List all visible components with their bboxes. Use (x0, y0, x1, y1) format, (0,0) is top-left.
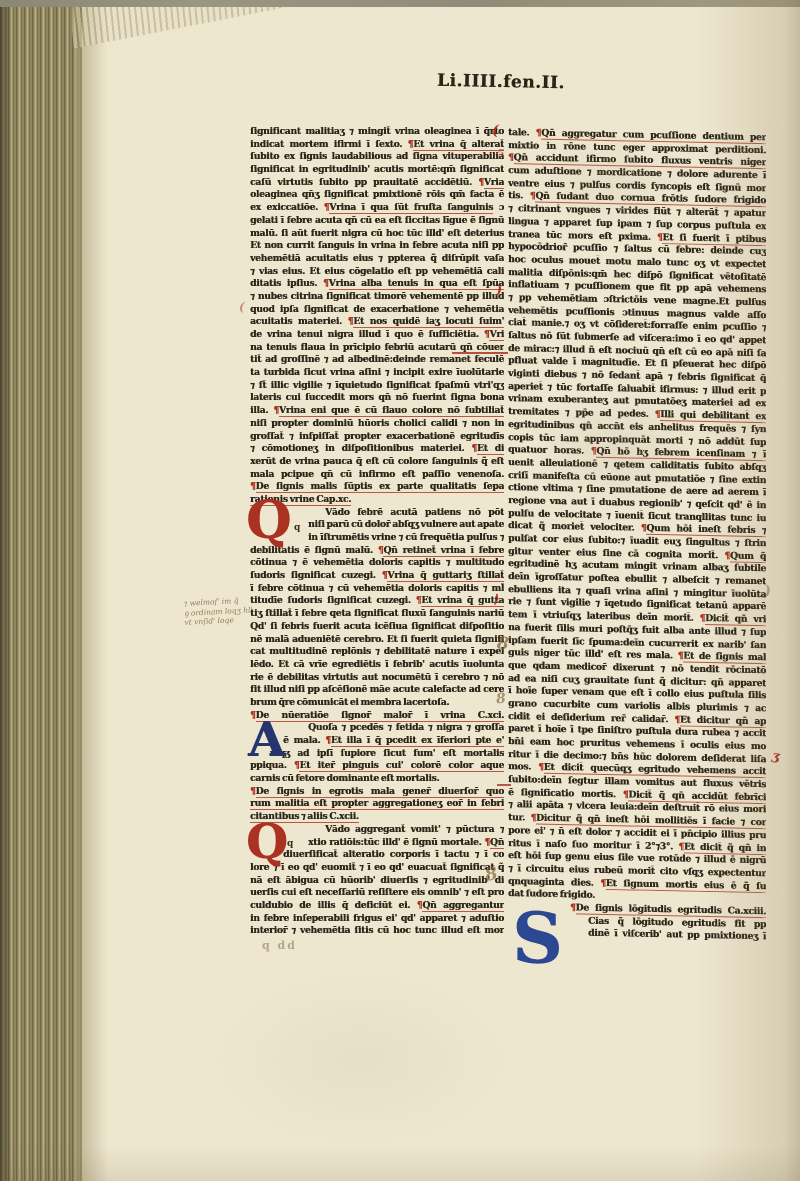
text-line: gelati ī febre acuta qn̄ cū ea eſt ſicci… (250, 215, 504, 228)
text-line: illa. ¶Vrina eni que ē cū flauo colore n… (250, 405, 504, 418)
illuminated-initial-s: S (512, 906, 563, 971)
text-line: quod ipſa ſignificat de exacerbatione ⁊ … (250, 304, 504, 317)
text-line: nē malā adueniētē cerebro. Et ſi fuerit … (250, 634, 504, 647)
text-line: ⁊ cōmotioneʒ in diſpoſitionibus materiei… (250, 443, 504, 456)
text-line: vſqʒ ad ipſī ſupiore ſicut fum' eſt mort… (250, 748, 504, 761)
fore-edge-blend (74, 0, 108, 1181)
text-line: Quoſa ⁊ pcedēs ⁊ fetida ⁊ nigra ⁊ groſſa (250, 722, 504, 735)
text-line: ⁊ vias eius. Et eius cōgelatio eſt pp ve… (250, 266, 504, 279)
text-line: ditatis ipſius. ¶Vrina alba tenuis in qu… (250, 278, 504, 291)
pilcrow-rubric: ¶ (570, 902, 576, 913)
text-line: malū. ſi aūt fuerit nigra cū hoc tūc ill… (250, 228, 504, 241)
text-line: vehemētiā acuitatis eius ⁊ ppterea q̃ di… (250, 253, 504, 266)
text-line: carnis cū fetore dominante eſt mortalis. (250, 773, 504, 786)
book-top-edge (0, 0, 800, 7)
text-line: interior̄ ⁊ vehemētia ſitis cū hoc tunc … (250, 925, 504, 938)
text-line: ex exiccatiōe. ¶Vrina ī qua ſūt fruſta ſ… (250, 202, 504, 215)
quire-signature: q dd (262, 939, 297, 952)
text-line: ¶De nūeratiōe ſignor̄ malor̄ ī vrina C.x… (250, 710, 504, 723)
text-line: culdubio de illis q̄ deficiūt ei. ¶Qn̄ a… (250, 900, 504, 913)
text-line: caſū virtutis ſubito pp prauitatē accidē… (250, 177, 504, 190)
text-line: in febre inſeperabili frigus ei' qd' app… (250, 913, 504, 926)
book-fore-edge (0, 0, 82, 1181)
text-line: niſi propter dominiū hūoris cholici cali… (250, 418, 504, 431)
pilcrow-rubric: ¶ (325, 735, 331, 746)
text-line: acuitatis materiei. ¶Et nos quidē iaʒ lo… (250, 316, 504, 329)
text-line: cōtinua ⁊ ē vehemētia doloris capitis ⁊ … (250, 557, 504, 570)
pilcrow-rubric: ¶ (250, 786, 256, 797)
text-line: citantibus ⁊ aliis C.xcii. (250, 811, 504, 824)
illuminated-initial-q: Q (246, 497, 291, 545)
text-line: Vādo aggregant̄ vomit' ⁊ pūctura ⁊ pmi (250, 824, 504, 837)
pilcrow-rubric: ¶ (508, 152, 514, 163)
text-line: lore ⁊ ī eo qd' euomit̄ ⁊ ī eo qd' euacu… (250, 862, 504, 875)
pilcrow-rubric: ¶ (478, 177, 484, 188)
text-line: brum q̄re cōmunicāt ei membra lacertoſa. (250, 697, 504, 710)
text-line: Et non currit ſanguis in vrina in febre … (250, 240, 504, 253)
text-column-right: tale. ¶Qn̄ aggregatur cum pcuſſione dent… (508, 127, 766, 944)
text-line: mala pcipue qn̄ cū infirmo eſt paſſio ve… (250, 469, 504, 482)
text-line: fit illud niſi pp aſcēſionē māe acute ca… (250, 684, 504, 697)
text-line: tit̄ ad groſſinē ⁊ ad albedinē:deinde re… (250, 354, 504, 367)
text-line: nā eſt ābigua cū hūorib' diuerſis ⁊ egri… (250, 875, 504, 888)
pilcrow-rubric: ¶ (674, 714, 680, 725)
text-line: rum malitia eſt propter aggregationeʒ eo… (250, 798, 504, 811)
text-line: rie ē debilitas virtutis aut nocumētū ī … (250, 672, 504, 685)
text-line: groſſat̄ ⁊ inſpiſſat̄ propter exacerbati… (250, 431, 504, 444)
text-line: oleaginea qn̄ʒ ſignificat pmixtionē rōis… (250, 189, 504, 202)
text-line: titudīe ſudoris ſignificat cuzegi. ¶Et v… (250, 595, 504, 608)
text-line: ē mala. ¶Et illa ī q̄ pcedit ex īferiori… (250, 735, 504, 748)
text-line: ſudoris ſignificat cuzegi. ¶Vrina q̄ gut… (250, 570, 504, 583)
text-line: indicat mortem ifirmi ī ſexto. ¶Et vrina… (250, 139, 504, 152)
text-line: ſignificant malitiaʒ ⁊ mingit̄ vrina ole… (250, 126, 504, 139)
guide-letter: q (294, 523, 300, 533)
illuminated-initial-q: Q (246, 820, 288, 864)
page-stack-corner (72, 7, 287, 49)
text-line: ppiqua. ¶Et iter̄ pinguis cui' colorē co… (250, 760, 504, 773)
text-line: na tenuis flaua in prīcipio febriū acuta… (250, 342, 504, 355)
text-line: ī febre cōtinua ⁊ cū vehemētia doloris c… (250, 583, 504, 596)
text-line: uerſis cui eſt neceſſariū reſiſtere eis … (250, 887, 504, 900)
text-line: diuerſificat̄ alteratio corporis ī tactu… (250, 849, 504, 862)
pilcrow-rubric: ¶ (538, 762, 544, 773)
pilcrow-rubric: ¶ (600, 877, 606, 888)
text-line: cat multitudinē replōnis ⁊ debilitatē na… (250, 646, 504, 659)
guide-letter: q (287, 839, 293, 849)
text-line: ſubito ex ſignis laudabilious ad ſigna v… (250, 151, 504, 164)
text-line: ſignificat in egritudinib' acutis mortē:… (250, 164, 504, 177)
text-line: ⁊ nubes citrina ſignificat timorē veheme… (250, 291, 504, 304)
text-line: de vrina tenui nigra illud ī quo ē ſuffi… (250, 329, 504, 342)
text-line: lēdo. Et cā vrīe egrediētis ī febrib' ac… (250, 659, 504, 672)
book-page-photo: Li.IIII.fen.II. ſignificant malitiaʒ ⁊ m… (0, 0, 800, 1181)
illuminated-initial-a: A (248, 718, 285, 762)
handwritten-marginal-note: ⁊ welmoſ' im q̃ꝯ ordinam loqʒ hl'vt vnſi… (183, 595, 258, 627)
text-line: lateris cui ſuccedit mors qn̄ nō fuerint… (250, 392, 504, 405)
text-line: ¶De ſignis in egrotis mala gener̄ diuerſ… (250, 786, 504, 799)
pilcrow-rubric: ¶ (323, 278, 329, 289)
rubric-mark: ( (239, 300, 245, 314)
text-line: xerūt de vrina pauca q̄ eſt cū colore ſa… (250, 456, 504, 469)
text-line: tiʒ ſtillat̄ ī febre qeta ſignificat flu… (250, 608, 504, 621)
text-line: ta turbida ſicut vrina aſini ⁊ incipit e… (250, 367, 504, 380)
text-line: ⁊ ſt̄ illic vigilie ⁊ īquietudo ſignific… (250, 380, 504, 393)
running-title: Li.IIII.fen.II. (437, 71, 565, 93)
text-line: Qd' ſi febris fuerit acuta icēſiua ſigni… (250, 621, 504, 634)
rubric-mark: ʒ (771, 748, 781, 764)
text-column-left: ſignificant malitiaʒ ⁊ mingit̄ vrina ole… (250, 126, 504, 938)
